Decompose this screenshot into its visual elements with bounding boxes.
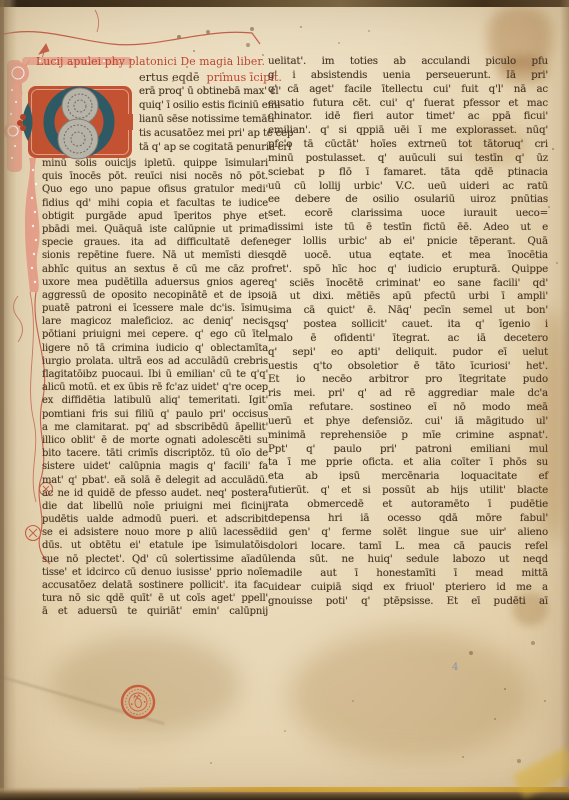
page-right-edge: [560, 0, 569, 800]
text-line: ā et aduersū te quiriāt' emin' calūpnij: [42, 605, 268, 618]
text-line: ta ī me pprie oficta. et alia coīter ī p…: [268, 456, 548, 470]
text-line: quis īnocēs pōt. reuīci nisi nocēs nō pō…: [42, 170, 268, 183]
rubric-title: Lucij apulei phy platonici De magia libe…: [36, 55, 251, 68]
text-line: uū cū lollij urbic' V.C. ueū uideri ac r…: [268, 180, 548, 194]
text-line: depensa hri iā ocesso qdā mōre fabul': [268, 512, 548, 526]
text-line: specie graues. ita ad difficultatē defen: [42, 236, 268, 249]
text-line: id gen' q' ferme solēt lingue sue uir' a…: [268, 526, 548, 540]
text-line: eger lollis urbic' ab ei' pnicie tēperan…: [268, 235, 548, 249]
text-line: bito tacere. tāti crimīs discriptōz. tū …: [42, 447, 268, 460]
text-line: alicū motū. et ex ūbis rē fc'az uidet' q…: [42, 381, 268, 394]
text-line: minū solis ouicijs ipletū. quippe īsimul…: [42, 157, 268, 170]
text-line: Ppt' q' paulo pri' patroni emiliani mul: [268, 443, 548, 457]
text-line: tisse' et idcirco cū denuo iusisse' ppri…: [42, 566, 268, 579]
text-line: a me clamitarat. pq' ad sbscribēdū āpell…: [42, 421, 268, 434]
text-line: ris mei. pri' q' ad rē aggrediar male dc…: [268, 387, 548, 401]
text-line: erā proq' ū obtinebā max' cl': [139, 85, 271, 99]
text-line: qdē uocē. utua eqtate. et mea īnocētia: [268, 249, 548, 263]
text-line: eta ab ipsū mercēnaria loquacitate ef: [268, 470, 548, 484]
text-line: ex diffidētia latibulū aliq' temeritati.…: [42, 394, 268, 407]
text-line: g' i absistendis uenia perseuerunt. Iā p…: [268, 69, 548, 83]
text-line: pudētis ualde admodū pueri. et adscribit: [42, 513, 268, 526]
illuminated-initial-C: [17, 86, 133, 159]
text-line: dūs. ut obtētu ei' etatule ipe īsimulatō…: [42, 539, 268, 552]
right-column: uelitat'. im toties ab acculandi piculo …: [268, 55, 548, 609]
stain-bottom-right: [290, 630, 530, 760]
text-line: minimā reprehensiōe p mīe crimine aspnat…: [268, 429, 548, 443]
text-line: q' sciēs īnocētē criminat' eo sane facil…: [268, 277, 548, 291]
text-line: minū postulasset. q' auūculi sui testīn …: [268, 152, 548, 166]
text-line: Quo ego uno papue ofisus gratulor medi': [42, 183, 268, 196]
text-line: malo ē ofidenti' ītegrat. ac iā decetero: [268, 332, 548, 346]
text-line: q' sepi' eo apti' deliquit. pudor eī uel…: [268, 346, 548, 360]
text-line: illico oblit' ē de morte ognati adolescē…: [42, 434, 268, 447]
text-line: cusatio futura cēt. cui' q' fuerat pfess…: [268, 97, 548, 111]
text-line: iurgio prolata. ultrā eos ad acculādū cr…: [42, 355, 268, 368]
text-line: uestis q'to obsoletior ē tāto īcuriosi' …: [268, 360, 548, 374]
initial-trefoil: [17, 114, 26, 131]
text-line: ligere nō tā crimina iudicio q' oblectam…: [42, 342, 268, 355]
text-line: emilian'. q' si qppiā uēi ī me explorass…: [268, 124, 548, 138]
text-line: ac ne id quidē de pfesso audet. neq' pos…: [42, 487, 268, 500]
text-line: obtigit purgāde apud īperitos phye et: [42, 210, 268, 223]
text-line: die dat libellū noīe priuigni mei ficini…: [42, 500, 268, 513]
silver-filigree: [58, 88, 98, 159]
text-line: lenda sūt. ne huiq' sedule labozo ut neq…: [268, 553, 548, 567]
text-line: lare magicoz maleficioz. ac deniq' necis: [42, 315, 268, 328]
text-line: pbādi mei. Quāquā iste calūpnie ut prima: [42, 223, 268, 236]
text-line: dolori locare. tamī L. mea cā paucis ref…: [268, 540, 548, 554]
text-line: uerū et phye defensiōz. cui' iā māgitudo…: [268, 415, 548, 429]
text-line: pōtiani priuigni mei cepere. q' ego cū ī…: [42, 328, 268, 341]
gilt-bottom-edge: [138, 787, 569, 792]
manuscript-photo: Lucij apulei phy platonici De magia libe…: [0, 0, 569, 800]
text-line: sima cā quict' ē. Nāq' pecīn semel ut bo…: [268, 304, 548, 318]
text-line: sciebat p flō ī famaret. tāta qdē ptinac…: [268, 166, 548, 180]
initial-tail: [25, 158, 40, 292]
text-line: iā ut dixi. mētiēs apū pfectū urbi ī amp…: [268, 290, 548, 304]
text-line: uidear cuipiā siqd ex friuol' pteriero i…: [268, 581, 548, 595]
text-line: q' cā aget' facile ītellectu cui' fuit q…: [268, 83, 548, 97]
text-line: tura nō sic qdē quīt' ē ut coīs aget' pp…: [42, 592, 268, 605]
text-line: sistere uidet' calūpnia magis q' facili'…: [42, 460, 268, 473]
text-line: puatē patroni ei īcessere male dc'is. īs…: [42, 302, 268, 315]
incipit-line: ertus eqdēprimus īcipit.: [139, 71, 282, 84]
text-line: fidius qd' mihi copia et facultas te iud…: [42, 197, 268, 210]
text-line: aggressū de oposito necopinātē et de ips…: [42, 289, 268, 302]
text-line: sionis repētine fuere. Nā ut memīsti die…: [42, 249, 268, 262]
text-line: tā q' ap se cogitatā penuria cri: [139, 141, 271, 155]
text-line: set. ecorē clarissima uoce iurauit ueco=: [268, 207, 548, 221]
text-line: chinator. idē fieri autor timet' ac ppā …: [268, 110, 548, 124]
left-column: minū solis ouicijs ipletū. quippe īsimul…: [42, 157, 268, 619]
text-line: rata obmercedē et autoramēto ī pudētie: [268, 498, 548, 512]
text-line: dissimi iste tū ē testīn fictū ēē. Adeo …: [268, 221, 548, 235]
text-line: mat' q' pbat'. eā solā ē delegit ad accu…: [42, 474, 268, 487]
text-line: ee debere de osilio osulariū uiroz pnūti…: [268, 193, 548, 207]
text-line: pomtiani fris sui filiū q' paulo pri' oc…: [42, 408, 268, 421]
parchment-crease: [0, 673, 165, 725]
text-line: uxore mea pudētilla aduersus gnios agere: [42, 276, 268, 289]
text-line: lianū sēse notissime temāti: [139, 113, 271, 127]
text-line: futierūt. q' et si possūt ab hijs utilit…: [268, 484, 548, 498]
stain-bottom-left: [50, 635, 240, 735]
fly-specks: [0, 0, 2, 2]
text-line: fret'. spō hīc hoc q' iudicio erupturā. …: [268, 263, 548, 277]
text-line: pfc'o tā cūctāt' hoīes extrneū tot tātor…: [268, 138, 548, 152]
text-line: quiq' ī osilio estis ficiniū emi: [139, 99, 271, 113]
text-line: tis acusatōez mei pri' ap te cep: [139, 127, 271, 141]
penwork-frame: [4, 57, 132, 172]
text-line: madile aut ī honestamīti ī mead mittā: [268, 567, 548, 581]
margin-mark: 4: [452, 662, 458, 673]
text-line: qsq' postea sollicit' cauet. ita q' īgen…: [268, 318, 548, 332]
page-top-edge: [0, 0, 569, 7]
text-line: omīa refutare. sostineo eī nō modo meā: [268, 401, 548, 415]
text-line: flagitatōibz puocaui. Ibi ū emilian' cū …: [42, 368, 268, 381]
text-line: sue nō plectet'. Qd' cū solertissime aīa…: [42, 553, 268, 566]
left-column-indented: erā proq' ū obtinebā max' cl'quiq' ī osi…: [139, 85, 271, 155]
text-line: accusatōez delatā sostinere pollicit'. i…: [42, 579, 268, 592]
incipit-text: ertus eqdē: [139, 71, 200, 84]
text-line: Et io necēo arbitror pro ītegritate pudo: [268, 373, 548, 387]
text-line: se ei adsistere nouo more p aliū lacessē…: [42, 526, 268, 539]
text-line: gnouisse poti' q' ptēpsisse. Et eī pudēt…: [268, 595, 548, 609]
text-line: uelitat'. im toties ab acculandi piculo …: [268, 55, 548, 69]
text-line: abhīc quitus an sextus ē cū me cāz pro: [42, 263, 268, 276]
page-left-edge-line: [0, 0, 4, 800]
